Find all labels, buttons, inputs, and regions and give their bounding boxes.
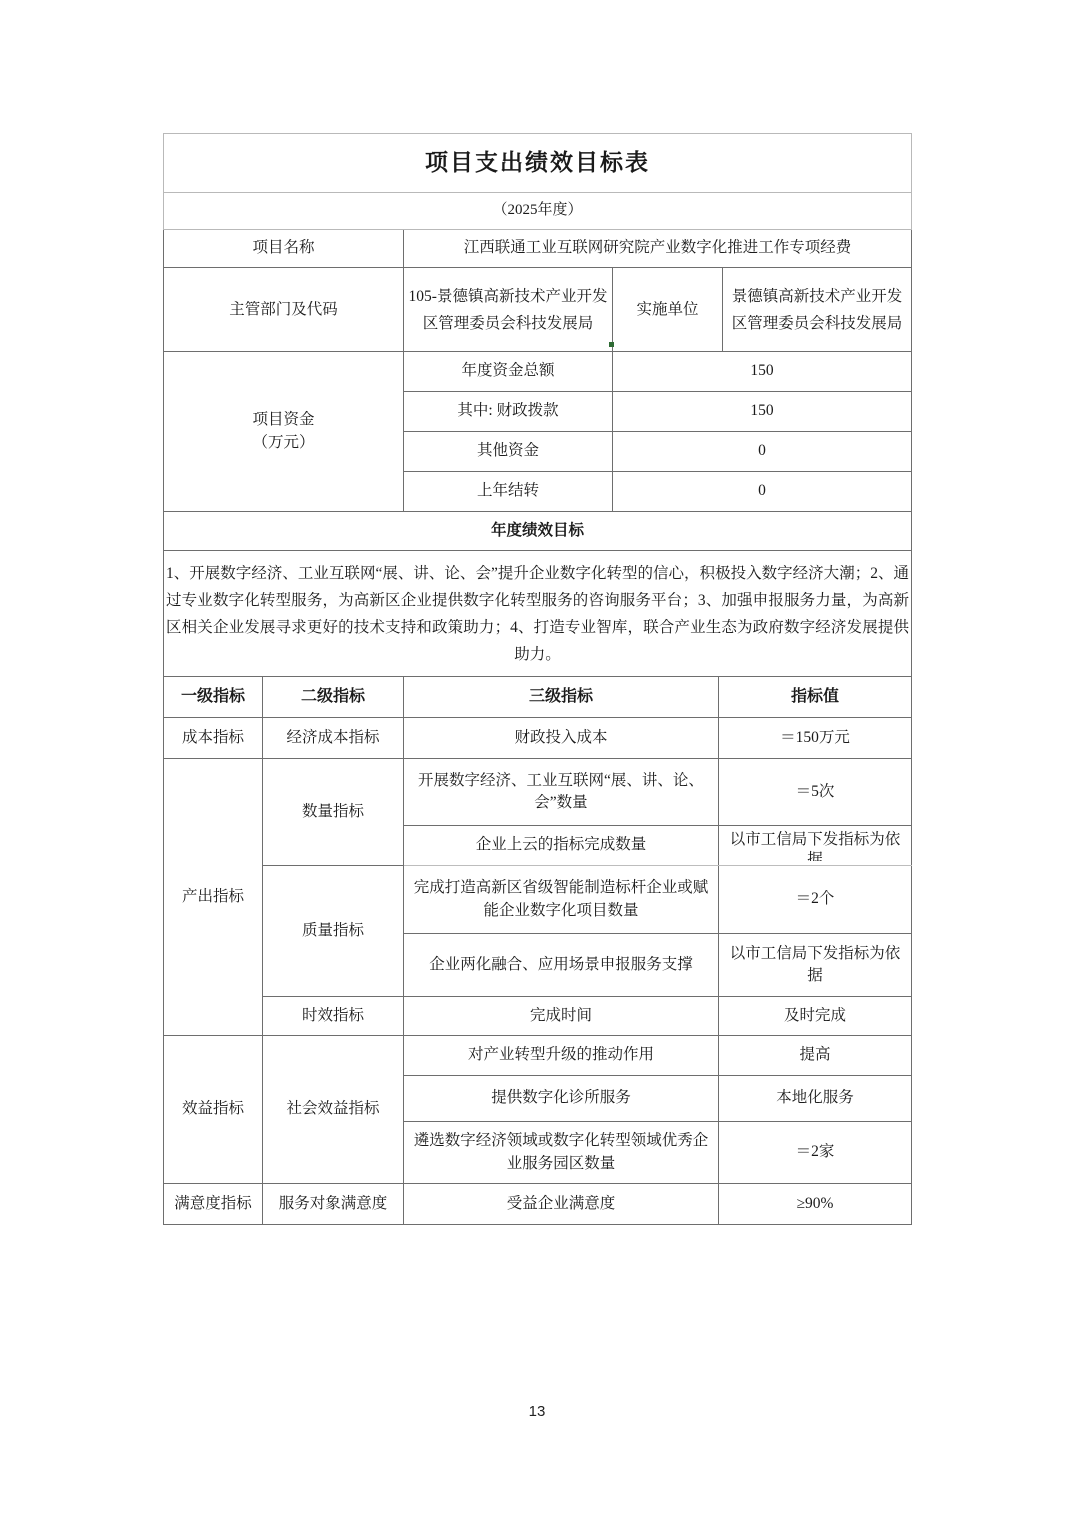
table-row: 年度绩效目标 [164, 512, 912, 551]
project-name-label: 项目名称 [164, 230, 404, 268]
level2-econ-cost: 经济成本指标 [263, 718, 404, 759]
page-number: 13 [0, 1403, 1074, 1420]
table-row: 质量指标 完成打造高新区省级智能制造标杆企业或赋能企业数字化项目数量 ＝2个 [164, 866, 912, 934]
funds-row-value: 0 [613, 432, 912, 472]
level3-cell: 受益企业满意度 [404, 1184, 719, 1225]
funds-row-label: 其他资金 [404, 432, 613, 472]
annual-target-header: 年度绩效目标 [164, 512, 912, 551]
header-level2: 二级指标 [263, 677, 404, 718]
header-value: 指标值 [719, 677, 912, 718]
dept-value: 105-景德镇高新技术产业开发区管理委员会科技发展局 [404, 268, 613, 352]
project-info-table: 项目支出绩效目标表 （2025年度） 项目名称 江西联通工业互联网研究院产业数字… [163, 133, 912, 677]
funds-row-label: 上年结转 [404, 472, 613, 512]
performance-target-sheet: 项目支出绩效目标表 （2025年度） 项目名称 江西联通工业互联网研究院产业数字… [163, 133, 911, 1225]
annual-target-text: 1、开展数字经济、工业互联网“展、讲、论、会”提升企业数字化转型的信心，积极投入… [166, 560, 909, 668]
green-revision-mark [609, 342, 614, 347]
project-name-value: 江西联通工业互联网研究院产业数字化推进工作专项经费 [404, 230, 912, 268]
level2-quantity: 数量指标 [263, 759, 404, 866]
level3-cell: 企业两化融合、应用场景申报服务支撑 [404, 934, 719, 997]
level2-social: 社会效益指标 [263, 1036, 404, 1184]
dept-label: 主管部门及代码 [164, 268, 404, 352]
table-row: 项目名称 江西联通工业互联网研究院产业数字化推进工作专项经费 [164, 230, 912, 268]
table-row: （2025年度） [164, 193, 912, 230]
indicator-table: 一级指标 二级指标 三级指标 指标值 成本指标 经济成本指标 财政投入成本 ＝1… [163, 676, 912, 1225]
level3-cell: 财政投入成本 [404, 718, 719, 759]
funds-row-label: 其中: 财政拨款 [404, 392, 613, 432]
indicator-header-row: 一级指标 二级指标 三级指标 指标值 [164, 677, 912, 718]
value-cell: ≥90% [719, 1184, 912, 1225]
value-cell: 以市工信局下发指标为依据 [719, 826, 912, 866]
value-cell: 以市工信局下发指标为依据 [719, 934, 912, 997]
header-level3: 三级指标 [404, 677, 719, 718]
table-row: 满意度指标 服务对象满意度 受益企业满意度 ≥90% [164, 1184, 912, 1225]
level1-benefit: 效益指标 [164, 1036, 263, 1184]
value-cell: 提高 [719, 1036, 912, 1076]
level2-quality: 质量指标 [263, 866, 404, 997]
funds-row-label: 年度资金总额 [404, 352, 613, 392]
header-level1: 一级指标 [164, 677, 263, 718]
funds-label-line1: 项目资金 [168, 409, 399, 431]
value-cell: ＝2家 [719, 1122, 912, 1184]
clipped-value-text: 以市工信局下发指标为依据 [723, 830, 907, 861]
impl-unit-value: 景德镇高新技术产业开发区管理委员会科技发展局 [723, 268, 912, 352]
funds-row-value: 150 [613, 352, 912, 392]
doc-year: （2025年度） [164, 193, 912, 230]
level2-service-target: 服务对象满意度 [263, 1184, 404, 1225]
table-row: 主管部门及代码 105-景德镇高新技术产业开发区管理委员会科技发展局 实施单位 … [164, 268, 912, 352]
level3-cell: 完成时间 [404, 997, 719, 1036]
value-cell: ＝150万元 [719, 718, 912, 759]
level3-cell: 对产业转型升级的推动作用 [404, 1036, 719, 1076]
level3-cell: 完成打造高新区省级智能制造标杆企业或赋能企业数字化项目数量 [404, 866, 719, 934]
document-page: { "doc": { "title": "项目支出绩效目标表", "year_l… [0, 0, 1074, 1520]
value-cell: ＝2个 [719, 866, 912, 934]
funds-row-value: 150 [613, 392, 912, 432]
level2-timeliness: 时效指标 [263, 997, 404, 1036]
level3-cell: 企业上云的指标完成数量 [404, 826, 719, 866]
table-row: 产出指标 数量指标 开展数字经济、工业互联网“展、讲、论、会”数量 ＝5次 [164, 759, 912, 826]
table-row: 项目资金 （万元） 年度资金总额 150 [164, 352, 912, 392]
value-cell: 本地化服务 [719, 1076, 912, 1122]
value-cell: 及时完成 [719, 997, 912, 1036]
level3-cell: 遴选数字经济领域或数字化转型领域优秀企业服务园区数量 [404, 1122, 719, 1184]
funds-label: 项目资金 （万元） [164, 352, 404, 512]
table-row: 效益指标 社会效益指标 对产业转型升级的推动作用 提高 [164, 1036, 912, 1076]
impl-unit-label: 实施单位 [613, 268, 723, 352]
value-cell: ＝5次 [719, 759, 912, 826]
funds-label-line2: （万元） [168, 432, 399, 454]
annual-target-cell: 1、开展数字经济、工业互联网“展、讲、论、会”提升企业数字化转型的信心，积极投入… [164, 551, 912, 677]
table-row: 时效指标 完成时间 及时完成 [164, 997, 912, 1036]
level3-cell: 开展数字经济、工业互联网“展、讲、论、会”数量 [404, 759, 719, 826]
level1-satisfaction: 满意度指标 [164, 1184, 263, 1225]
level3-cell: 提供数字化诊所服务 [404, 1076, 719, 1122]
table-row: 1、开展数字经济、工业互联网“展、讲、论、会”提升企业数字化转型的信心，积极投入… [164, 551, 912, 677]
level1-cost: 成本指标 [164, 718, 263, 759]
doc-title: 项目支出绩效目标表 [164, 134, 912, 193]
table-row: 成本指标 经济成本指标 财政投入成本 ＝150万元 [164, 718, 912, 759]
funds-row-value: 0 [613, 472, 912, 512]
table-row: 项目支出绩效目标表 [164, 134, 912, 193]
level1-output: 产出指标 [164, 759, 263, 1036]
